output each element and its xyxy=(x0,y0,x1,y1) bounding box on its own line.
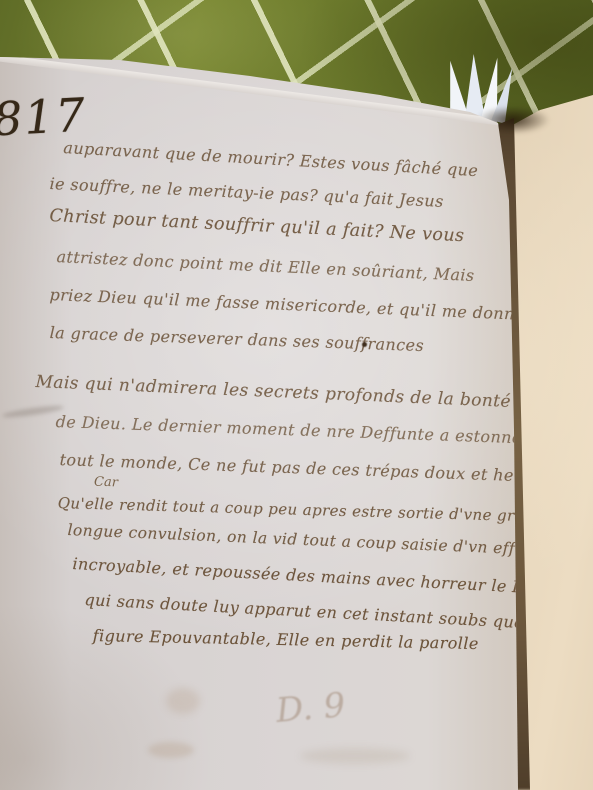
paper-stain xyxy=(148,742,194,758)
manuscript-line: Mais qui n'admirera les secrets profonds… xyxy=(35,372,511,412)
manuscript-line: figure Epouvantable, Elle en perdit la p… xyxy=(93,626,479,653)
manuscript-line: auparavant que de mourir? Estes vous fâc… xyxy=(63,138,479,180)
manuscript-line: tout le monde, Ce ne fut pas de ces trép… xyxy=(59,450,525,485)
manuscript-line: longue convulsion, on la vid tout a coup… xyxy=(67,521,542,559)
manuscript-line: Christ pour tant souffrir qu'il a fait? … xyxy=(49,206,465,246)
manuscript-line: ie souffre, ne le meritay-ie pas? qu'a f… xyxy=(49,174,444,211)
manuscript-line: de Dieu. Le dernier moment de nre Deffun… xyxy=(55,412,522,447)
page-number: 817 xyxy=(0,88,88,147)
manuscript-line: Qu'elle rendit tout a coup peu apres est… xyxy=(57,494,553,526)
manuscript-line: attristez donc point me dit Elle en soûr… xyxy=(56,247,475,285)
bleedthrough-mark: D. 9 xyxy=(274,685,347,731)
paper-stain xyxy=(166,688,200,714)
manuscript-photo: 817 auparavant que de mourir? Estes vous… xyxy=(0,0,593,790)
manuscript-line: la grace de perseverer dans ses souffran… xyxy=(49,323,424,355)
interline-note: Car xyxy=(94,475,118,491)
paper-stain xyxy=(300,748,410,764)
manuscript-line: priez Dieu qu'il me fasse misericorde, e… xyxy=(49,285,525,324)
